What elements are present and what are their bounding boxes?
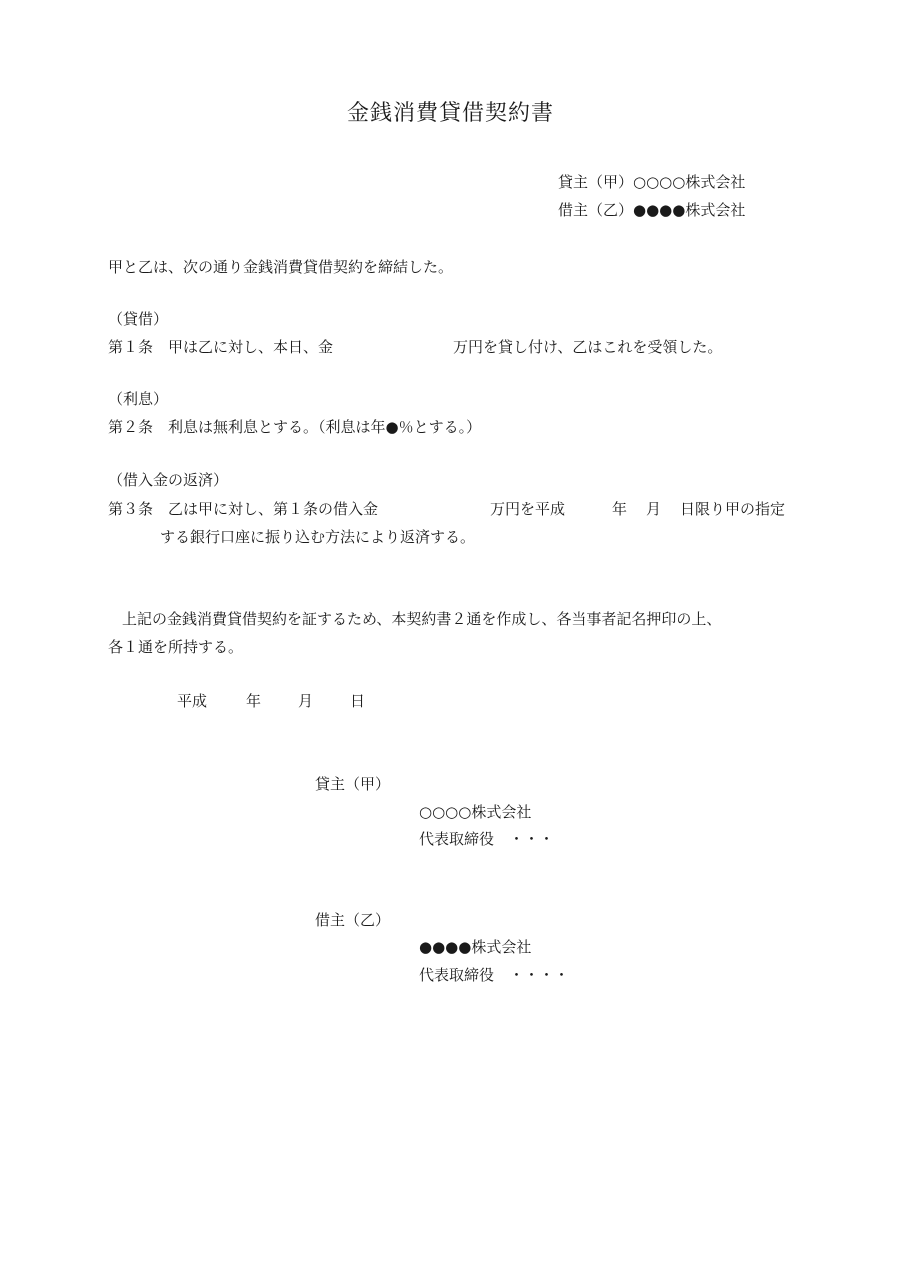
article-3-text-b: 万円を平成 — [490, 499, 565, 519]
article-3-month: 月 — [646, 499, 661, 519]
lender-header: 貸主（甲）○○○○株式会社 — [558, 172, 745, 192]
article-2-heading: （利息） — [108, 389, 168, 409]
date-day: 日 — [350, 691, 365, 711]
signature-lender-company: ○○○○株式会社 — [419, 802, 531, 822]
article-1-text-b: 万円を貸し付け、乙はこれを受領した。 — [453, 337, 722, 357]
article-1-text-a: 第１条 甲は乙に対し、本日、金 — [108, 337, 333, 357]
preamble: 甲と乙は、次の通り金銭消費貸借契約を締結した。 — [108, 257, 453, 277]
article-3-heading: （借入金の返済） — [108, 470, 228, 490]
signature-borrower-company: ●●●●株式会社 — [419, 937, 531, 957]
signature-lender-role: 貸主（甲） — [315, 774, 390, 794]
article-3-text-line2: する銀行口座に振り込む方法により返済する。 — [160, 527, 475, 547]
date-year: 年 — [246, 691, 261, 711]
signature-borrower-role: 借主（乙） — [315, 910, 390, 930]
borrower-header: 借主（乙）●●●●株式会社 — [558, 200, 745, 220]
date-month: 月 — [298, 691, 313, 711]
article-2-text: 第２条 利息は無利息とする。（利息は年●％とする。） — [108, 417, 481, 437]
article-3-text-a: 第３条 乙は甲に対し、第１条の借入金 — [108, 499, 378, 519]
signature-lender-representative: 代表取締役 ・・・ — [419, 829, 554, 849]
document-title: 金銭消費貸借契約書 — [347, 100, 554, 128]
article-1-heading: （貸借） — [108, 309, 168, 329]
signature-borrower-representative: 代表取締役 ・・・・ — [419, 965, 569, 985]
article-3-text-e: 日限り甲の指定 — [680, 499, 785, 519]
date-era: 平成 — [177, 691, 207, 711]
closing-line-2: 各１通を所持する。 — [108, 637, 243, 657]
article-3-year: 年 — [612, 499, 627, 519]
closing-line-1: 上記の金銭消費貸借契約を証するため、本契約書２通を作成し、各当事者記名押印の上、 — [122, 609, 721, 629]
